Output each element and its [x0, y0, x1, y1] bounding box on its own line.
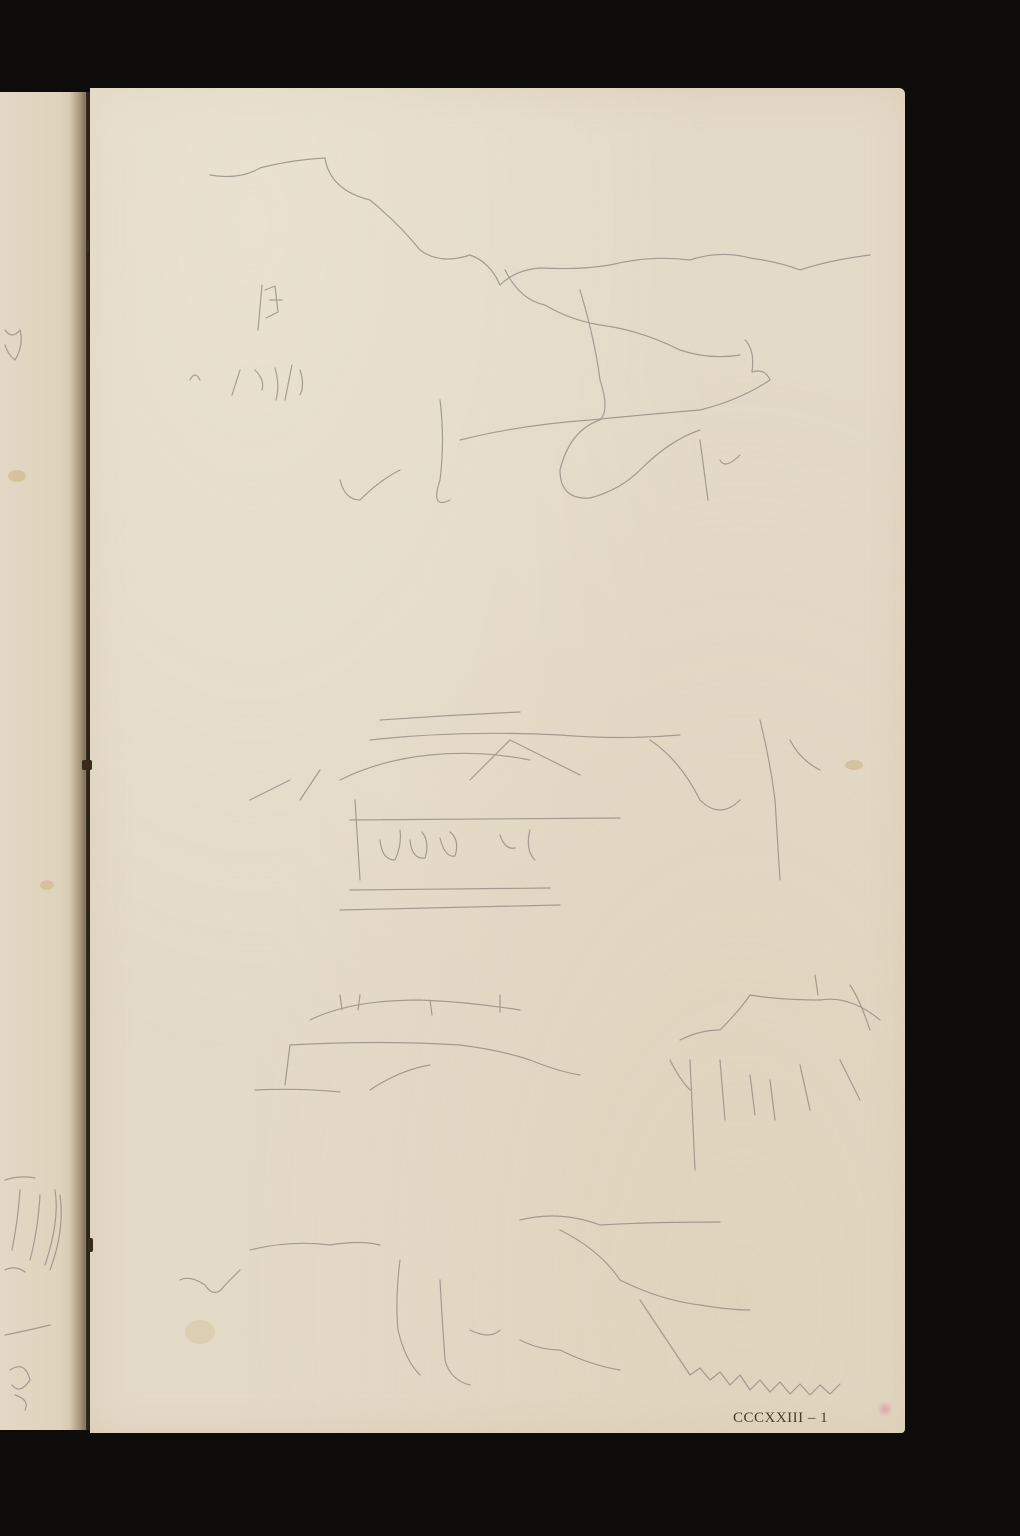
left-page-sketches: [5, 330, 61, 1410]
catalog-number-label: CCCXXIII – 1: [733, 1410, 828, 1427]
pink-ink-mark: [878, 1400, 892, 1418]
mountain-ridge-sketch: [210, 158, 870, 503]
coastal-cliff-sketch: [180, 1216, 840, 1395]
tower-building-sketch: [670, 975, 880, 1170]
building-sketch: [250, 712, 820, 910]
handwritten-notes: [190, 285, 303, 400]
pencil-sketches: [0, 0, 1020, 1536]
sketchbook-photo: CCCXXIII – 1: [0, 0, 1020, 1536]
rooftops-sketch: [255, 995, 580, 1092]
